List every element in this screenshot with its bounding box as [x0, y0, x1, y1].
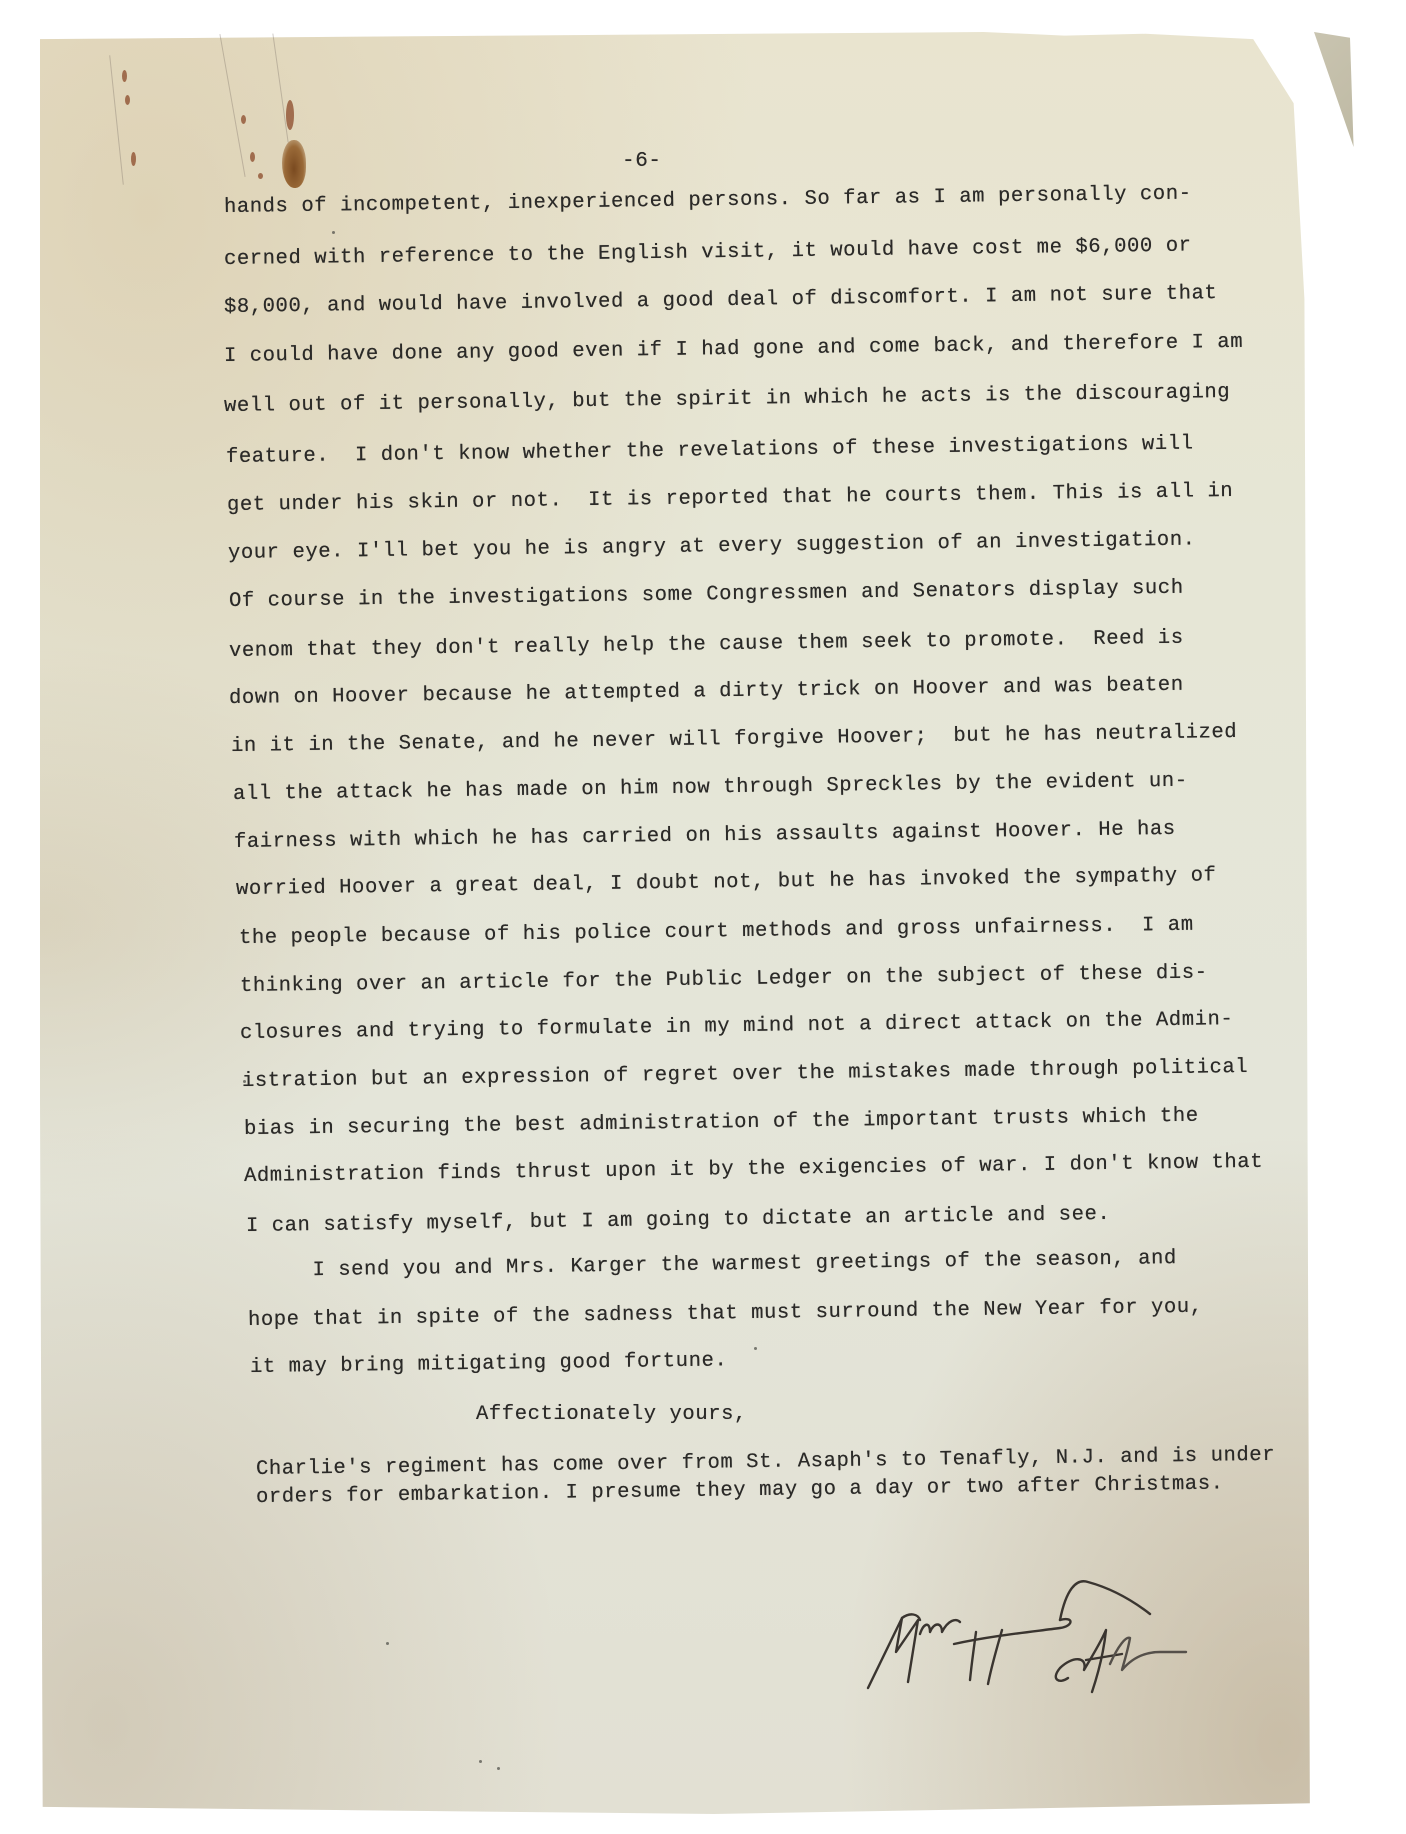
rust-mark [250, 152, 255, 162]
rust-mark [286, 100, 294, 130]
rust-mark [258, 173, 263, 179]
rust-mark [131, 152, 136, 166]
rust-mark [125, 95, 130, 105]
ink-stain [282, 140, 306, 188]
page-number: -6- [622, 150, 662, 173]
rust-mark [241, 115, 246, 124]
paper-speck [332, 231, 335, 234]
paper-speck [479, 1760, 482, 1763]
rust-mark [122, 70, 127, 82]
paper-speck [386, 1642, 389, 1645]
handwritten-signature [860, 1560, 1190, 1700]
valediction: Affectionately yours, [476, 1403, 747, 1426]
paper-speck [497, 1767, 500, 1770]
paper-speck [754, 1347, 757, 1350]
folded-corner [1314, 32, 1374, 147]
